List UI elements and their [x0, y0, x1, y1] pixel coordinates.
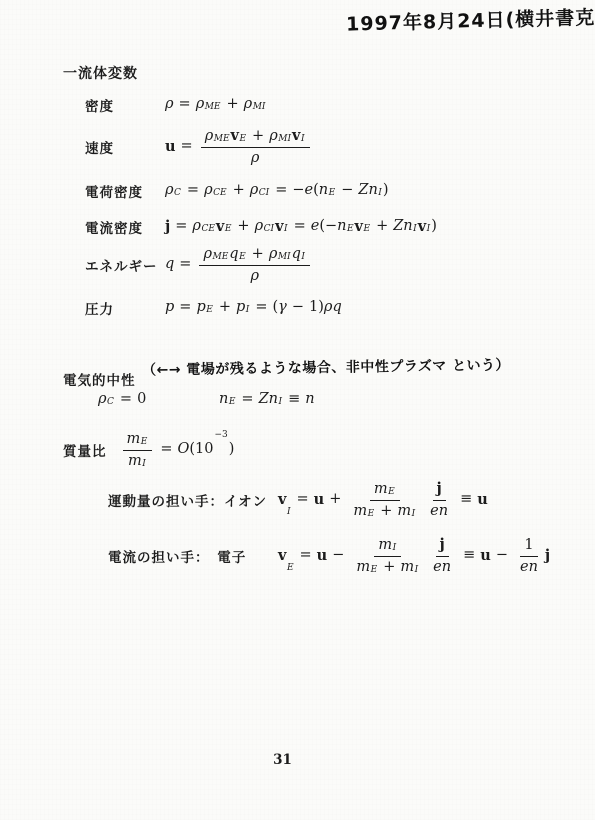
row-momentum-carrier: 運動量の担い手：イオン vI=u+mEmE+mIjen≡u	[108, 477, 488, 523]
equation-current-density: j=ρCEvE+ρCIvI=e(−nEvE+ZnIvI)	[165, 218, 437, 235]
label-density: 密度	[85, 95, 165, 115]
label-velocity: 速度	[85, 137, 165, 157]
label-mass-ratio: 質量比	[63, 440, 107, 460]
equation-mass-ratio: mEmI=O(10−3)	[120, 431, 235, 469]
equation-quasi-neutrality: nE=ZnI≡n	[219, 391, 315, 408]
equation-velocity: u=ρMEvE+ρMIvIρ	[165, 128, 313, 166]
handwritten-date: 1997年8月24日(横井書克)	[346, 2, 595, 36]
row-charge-density: 電荷密度 ρC=ρCE+ρCI=−e(nE−ZnI)	[85, 180, 389, 202]
label-energy: エネルギー	[85, 255, 165, 275]
handwritten-neutrality-note: （←→ 電場が残るような場合、非中性プラズマ という）	[142, 354, 510, 379]
equation-charge-density: ρC=ρCE+ρCI=−e(nE−ZnI)	[165, 182, 389, 199]
row-pressure: 圧力 p=pE+pI=(γ−1)ρq	[85, 297, 342, 319]
page-number: 31	[0, 752, 565, 768]
equation-ion-velocity: vI=u+mEmE+mIjen≡u	[278, 481, 488, 519]
label-electrical-neutrality: 電気的中性	[63, 369, 136, 389]
equation-pressure: p=pE+pI=(γ−1)ρq	[165, 299, 342, 316]
row-velocity: 速度 u=ρMEvE+ρMIvIρ	[85, 124, 313, 170]
equation-electron-velocity: vE=u−mImE+mIjen≡u−1enj	[278, 537, 550, 575]
document-page: 1997年8月24日(横井書克) 一流体変数 密度 ρ=ρME+ρMI 速度 u…	[0, 0, 595, 820]
label-pressure: 圧力	[85, 298, 165, 318]
row-energy: エネルギー q=ρMEqE+ρMIqIρ	[85, 242, 313, 288]
row-density: 密度 ρ=ρME+ρMI	[85, 94, 266, 116]
equation-density: ρ=ρME+ρMI	[165, 96, 266, 113]
row-current-density: 電流密度 j=ρCEvE+ρCIvI=e(−nEvE+ZnIvI)	[85, 216, 437, 238]
equation-energy: q=ρMEqE+ρMIqIρ	[165, 246, 313, 284]
label-current-density: 電流密度	[85, 217, 165, 237]
row-mass-ratio: 質量比 mEmI=O(10−3)	[63, 427, 234, 473]
label-charge-density: 電荷密度	[85, 181, 165, 201]
equation-rho-c-zero: ρC=0	[98, 391, 146, 408]
label-momentum-carrier: 運動量の担い手：イオン	[108, 490, 278, 510]
section-title: 一流体変数	[63, 63, 138, 83]
row-current-carrier: 電流の担い手： 電子 vE=u−mImE+mIjen≡u−1enj	[108, 533, 550, 579]
label-current-carrier: 電流の担い手： 電子	[108, 546, 278, 566]
